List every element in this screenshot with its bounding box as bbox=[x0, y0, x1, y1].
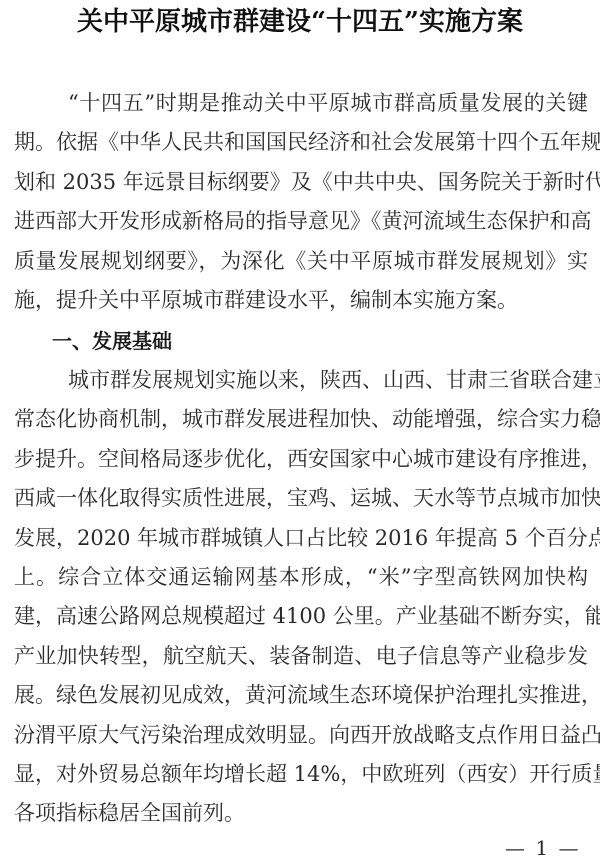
paragraph-line: 进西部大开发形成新格局的指导意见》《黄河流域生态保护和高 bbox=[14, 202, 588, 241]
intro-paragraph: “十四五”时期是推动关中平原城市群高质量发展的关键 期。依据《中华人民共和国国民… bbox=[14, 84, 588, 320]
paragraph-line: 发展，2020 年城市群城镇人口占比较 2016 年提高 5 个百分点以 bbox=[14, 519, 588, 558]
paragraph-line: 质量发展规划纲要》，为深化《关中平原城市群发展规划》实 bbox=[14, 242, 588, 281]
paragraph-line: 产业加快转型，航空航天、装备制造、电子信息等产业稳步发 bbox=[14, 637, 588, 676]
paragraph-line: 步提升。空间格局逐步优化，西安国家中心城市建设有序推进， bbox=[14, 440, 588, 479]
section-heading: 一、发展基础 bbox=[52, 322, 172, 360]
paragraph-line: 建，高速公路网总规模超过 4100 公里。产业基础不断夯实，能源 bbox=[14, 597, 588, 636]
paragraph-line: 各项指标稳居全国前列。 bbox=[14, 794, 588, 833]
paragraph-line: 汾渭平原大气污染治理成效明显。向西开放战略支点作用日益凸 bbox=[14, 716, 588, 755]
paragraph-line: 西咸一体化取得实质性进展，宝鸡、运城、天水等节点城市加快 bbox=[14, 479, 588, 518]
paragraph-line: 上。综合立体交通运输网基本形成，“米”字型高铁网加快构 bbox=[14, 558, 588, 597]
paragraph-line: 常态化协商机制，城市群发展进程加快、动能增强，综合实力稳 bbox=[14, 400, 588, 439]
document-title: 关中平原城市群建设“十四五”实施方案 bbox=[0, 4, 600, 40]
paragraph-line: 展。绿色发展初见成效，黄河流域生态环境保护治理扎实推进， bbox=[14, 676, 588, 715]
paragraph-line: 城市群发展规划实施以来，陕西、山西、甘肃三省联合建立 bbox=[14, 361, 588, 400]
page-number: — 1 — bbox=[505, 833, 580, 863]
paragraph-line: “十四五”时期是推动关中平原城市群高质量发展的关键 bbox=[14, 84, 588, 123]
paragraph-line: 显，对外贸易总额年均增长超 14%，中欧班列（西安）开行质量 bbox=[14, 755, 588, 794]
paragraph-line: 划和 2035 年远景目标纲要》及《中共中央、国务院关于新时代推 bbox=[14, 163, 588, 202]
paragraph-line: 施，提升关中平原城市群建设水平，编制本实施方案。 bbox=[14, 281, 588, 320]
section-paragraph: 城市群发展规划实施以来，陕西、山西、甘肃三省联合建立 常态化协商机制，城市群发展… bbox=[14, 361, 588, 834]
paragraph-line: 期。依据《中华人民共和国国民经济和社会发展第十四个五年规 bbox=[14, 123, 588, 162]
